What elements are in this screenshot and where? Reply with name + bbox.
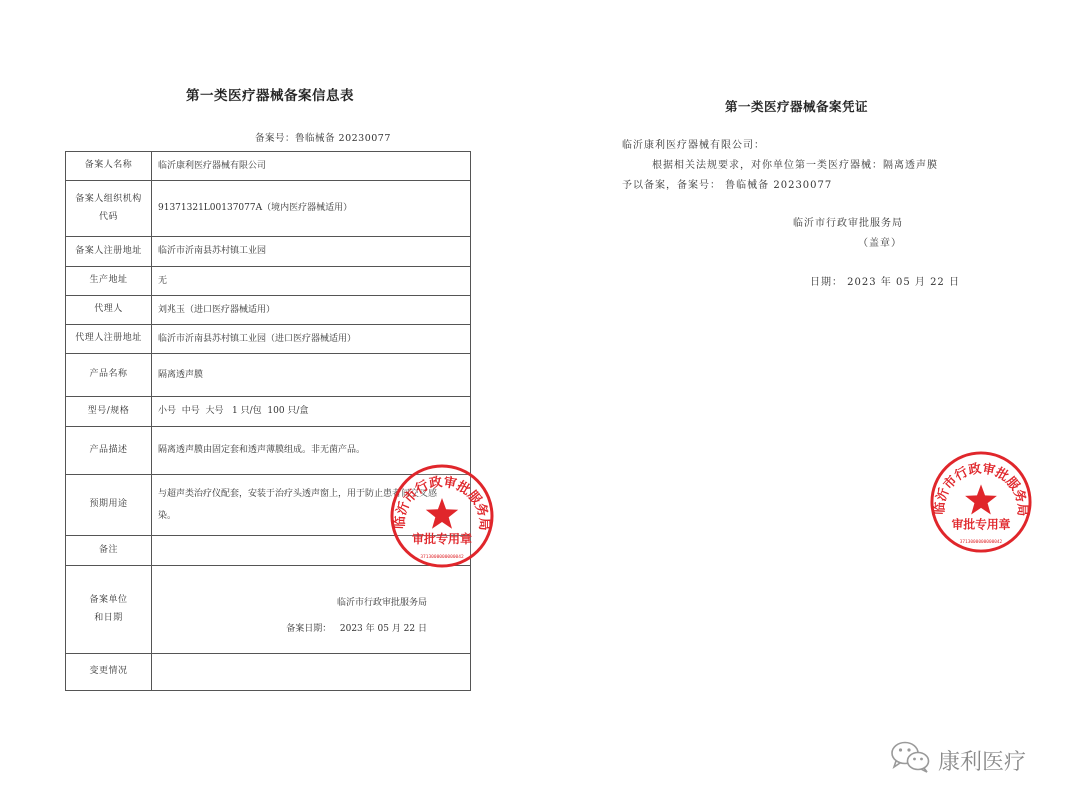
- row-value: 临沂康利医疗器械有限公司: [152, 152, 471, 181]
- row-value: 隔离透声膜: [152, 354, 471, 397]
- official-seal-left: 临沂市行政审批服务局审批专用章3713000000000042: [389, 463, 495, 573]
- svg-text:3713000000000042: 3713000000000042: [420, 554, 464, 560]
- row-value-signature: 临沂市行政审批服务局备案日期： 2023 年 05 月 22 日: [152, 566, 471, 654]
- table-row: 型号/规格小号 中号 大号 1 只/包 100 只/盒: [66, 397, 471, 427]
- row-label: 备案人名称: [66, 152, 152, 181]
- svg-text:审批专用章: 审批专用章: [952, 517, 1011, 531]
- row-value: 刘兆玉（进口医疗器械适用）: [152, 296, 471, 325]
- table-row: 产品名称隔离透声膜: [66, 354, 471, 397]
- record-number: 备案号：鲁临械备 20230077: [255, 130, 391, 144]
- row-label: 代理人注册地址: [66, 325, 152, 354]
- row-label: 备注: [66, 536, 152, 566]
- table-row: 代理人注册地址临沂市沂南县苏村镇工业园（进口医疗器械适用）: [66, 325, 471, 354]
- row-label: 生产地址: [66, 267, 152, 296]
- filing-date: 备案日期： 2023 年 05 月 22 日: [158, 617, 464, 642]
- row-label: 备案人组织机构 代码: [66, 181, 152, 237]
- svg-text:审批专用章: 审批专用章: [412, 531, 472, 546]
- row-label: 型号/规格: [66, 397, 152, 427]
- row-label: 产品名称: [66, 354, 152, 397]
- official-seal-right: 临沂市行政审批服务局审批专用章3713000000000042: [929, 450, 1033, 558]
- table-row: 生产地址无: [66, 267, 471, 296]
- watermark: 康利医疗: [890, 740, 1026, 780]
- table-row: 代理人刘兆玉（进口医疗器械适用）: [66, 296, 471, 325]
- row-label: 备案人注册地址: [66, 237, 152, 267]
- certificate-addressee: 临沂康利医疗器械有限公司：: [622, 136, 765, 151]
- svg-text:3713000000000042: 3713000000000042: [960, 539, 1003, 545]
- certificate-date: 日期： 2023 年 05 月 22 日: [810, 273, 960, 288]
- record-info-table: 备案人名称临沂康利医疗器械有限公司备案人组织机构 代码91371321L0013…: [65, 151, 471, 691]
- row-value: 小号 中号 大号 1 只/包 100 只/盒: [152, 397, 471, 427]
- certificate-title: 第一类医疗器械备案凭证: [725, 97, 868, 115]
- certificate-seal-note: （盖章）: [858, 234, 902, 249]
- row-label: 变更情况: [66, 654, 152, 691]
- row-value: 无: [152, 267, 471, 296]
- table-row: 备案人注册地址临沂市沂南县苏村镇工业园: [66, 237, 471, 267]
- filing-organization: 临沂市行政审批服务局: [158, 591, 464, 616]
- row-value: 临沂市沂南县苏村镇工业园（进口医疗器械适用）: [152, 325, 471, 354]
- table-row: 备案人组织机构 代码91371321L00137077A（境内医疗器械适用）: [66, 181, 471, 237]
- certificate-body-line-1: 根据相关法规要求，对你单位第一类医疗器械：隔离透声膜: [652, 156, 938, 171]
- row-value: [152, 654, 471, 691]
- watermark-text: 康利医疗: [938, 745, 1026, 776]
- record-info-form-page: 第一类医疗器械备案信息表 备案号：鲁临械备 20230077 备案人名称临沂康利…: [0, 0, 540, 810]
- row-value: 临沂市沂南县苏村镇工业园: [152, 237, 471, 267]
- row-value: 91371321L00137077A（境内医疗器械适用）: [152, 181, 471, 237]
- certificate-issuer: 临沂市行政审批服务局: [793, 214, 903, 229]
- certificate-body-line-2: 予以备案，备案号： 鲁临械备 20230077: [622, 176, 832, 191]
- form-title: 第一类医疗器械备案信息表: [0, 84, 540, 104]
- table-row: 备案单位 和日期临沂市行政审批服务局备案日期： 2023 年 05 月 22 日: [66, 566, 471, 654]
- record-certificate-page: 第一类医疗器械备案凭证 临沂康利医疗器械有限公司： 根据相关法规要求，对你单位第…: [540, 0, 1080, 810]
- table-row: 变更情况: [66, 654, 471, 691]
- table-row: 备案人名称临沂康利医疗器械有限公司: [66, 152, 471, 181]
- row-label: 备案单位 和日期: [66, 566, 152, 654]
- row-label: 预期用途: [66, 475, 152, 536]
- wechat-icon: [890, 740, 932, 780]
- row-label: 代理人: [66, 296, 152, 325]
- row-label: 产品描述: [66, 427, 152, 475]
